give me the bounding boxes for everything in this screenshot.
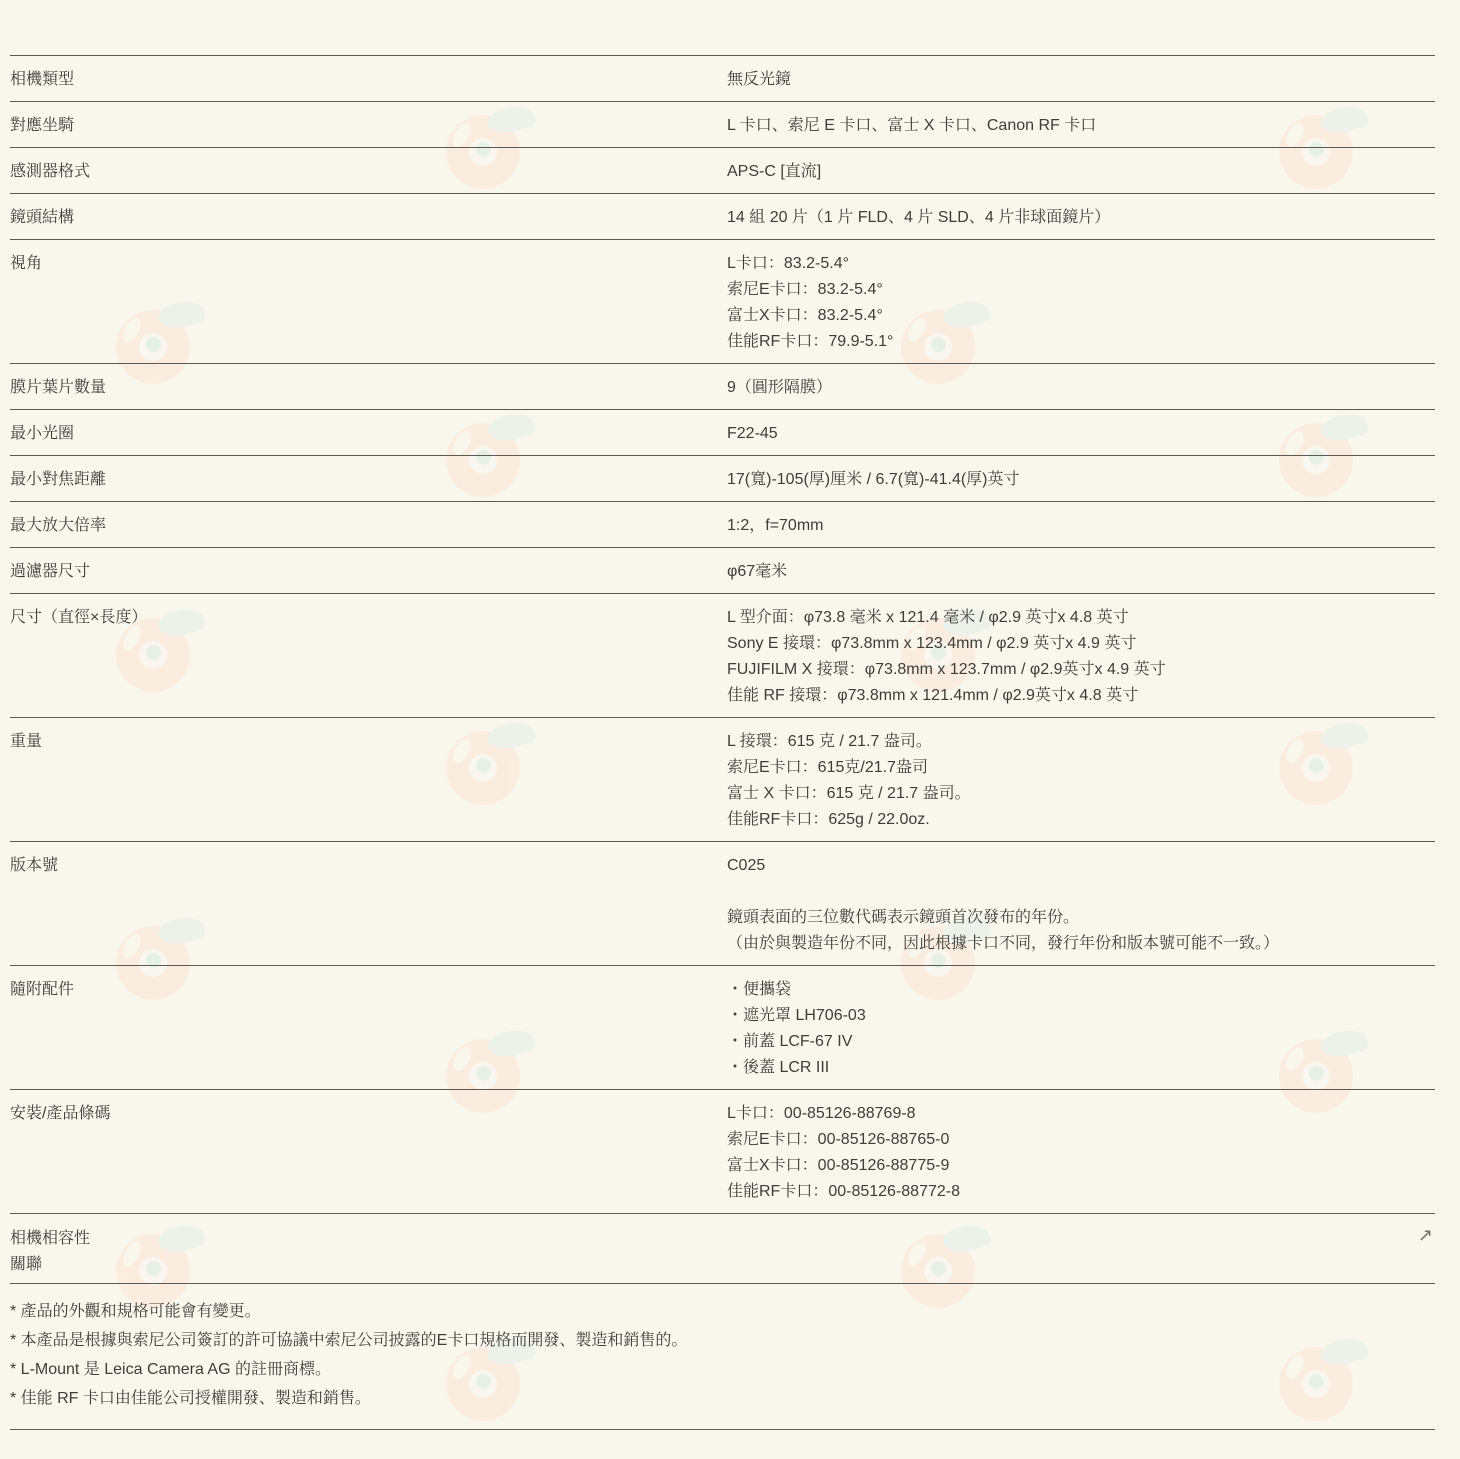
spec-value: 14 組 20 片（1 片 FLD、4 片 SLD、4 片非球面鏡片）: [727, 205, 1435, 231]
spec-row: 視角L卡口：83.2-5.4°索尼E卡口：83.2-5.4°富士X卡口：83.2…: [10, 239, 1435, 363]
spec-value-line: 17(寬)-105(厚)厘米 / 6.7(寬)-41.4(厚)英寸: [727, 467, 1435, 493]
spec-value: F22-45: [727, 421, 1435, 447]
spec-label: 安裝/產品條碼: [10, 1101, 727, 1127]
spec-row: 感測器格式APS-C [直流]: [10, 147, 1435, 193]
spec-value: φ67毫米: [727, 559, 1435, 585]
spec-value: 1:2，f=70mm: [727, 513, 1435, 539]
spec-value-line: L 接環：615 克 / 21.7 盎司。: [727, 729, 1435, 755]
spec-value: C025 鏡頭表面的三位數代碼表示鏡頭首次發布的年份。（由於與製造年份不同，因此…: [727, 853, 1435, 957]
spec-label: 隨附配件: [10, 977, 727, 1003]
spec-value-line: 索尼E卡口：615克/21.7盎司: [727, 755, 1435, 781]
spec-value-line: 索尼E卡口：00-85126-88765-0: [727, 1127, 1435, 1153]
spec-value-line: L 卡口、索尼 E 卡口、富士 X 卡口、Canon RF 卡口: [727, 113, 1435, 139]
spec-value-line: 9（圓形隔膜）: [727, 375, 1435, 401]
spec-label: 視角: [10, 251, 727, 277]
spec-value-line: 無反光鏡: [727, 67, 1435, 93]
compatibility-title: 相機相容性: [10, 1226, 1435, 1252]
spec-value-line: 1:2，f=70mm: [727, 513, 1435, 539]
spec-value-line: 佳能RF卡口：00-85126-88772-8: [727, 1179, 1435, 1205]
spec-value-line: Sony E 接環：φ73.8mm x 123.4mm / φ2.9 英寸x 4…: [727, 631, 1435, 657]
spec-value-line: 富士 X 卡口：615 克 / 21.7 盎司。: [727, 781, 1435, 807]
spec-row: 隨附配件・便攜袋・遮光罩 LH706-03・前蓋 LCF-67 IV・後蓋 LC…: [10, 965, 1435, 1089]
spec-value-line: F22-45: [727, 421, 1435, 447]
spec-value-line: ・前蓋 LCF-67 IV: [727, 1029, 1435, 1055]
spec-value-line: ・遮光罩 LH706-03: [727, 1003, 1435, 1029]
spec-value-line: L卡口：83.2-5.4°: [727, 251, 1435, 277]
spec-row: 鏡頭結構14 組 20 片（1 片 FLD、4 片 SLD、4 片非球面鏡片）: [10, 193, 1435, 239]
spec-value-line: 富士X卡口：83.2-5.4°: [727, 303, 1435, 329]
footnote-line: * 佳能 RF 卡口由佳能公司授權開發、製造和銷售。: [10, 1384, 1435, 1413]
spec-label: 對應坐騎: [10, 113, 727, 139]
spec-row: 尺寸（直徑×長度）L 型介面：φ73.8 毫米 x 121.4 毫米 / φ2.…: [10, 593, 1435, 717]
lens-spec-page: 相機類型無反光鏡對應坐騎L 卡口、索尼 E 卡口、富士 X 卡口、Canon R…: [10, 55, 1435, 1430]
spec-row: 膜片葉片數量9（圓形隔膜）: [10, 363, 1435, 409]
spec-value: L 接環：615 克 / 21.7 盎司。索尼E卡口：615克/21.7盎司富士…: [727, 729, 1435, 833]
footnote-line: * 本產品是根據與索尼公司簽訂的許可協議中索尼公司披露的E卡口規格而開發、製造和…: [10, 1326, 1435, 1355]
spec-row: 過濾器尺寸φ67毫米: [10, 547, 1435, 593]
spec-value-line: L 型介面：φ73.8 毫米 x 121.4 毫米 / φ2.9 英寸x 4.8…: [727, 605, 1435, 631]
spec-row: 對應坐騎L 卡口、索尼 E 卡口、富士 X 卡口、Canon RF 卡口: [10, 101, 1435, 147]
spec-label: 最大放大倍率: [10, 513, 727, 539]
spec-value-line: 14 組 20 片（1 片 FLD、4 片 SLD、4 片非球面鏡片）: [727, 205, 1435, 231]
spec-value-line: 富士X卡口：00-85126-88775-9: [727, 1153, 1435, 1179]
footnote-line: * 產品的外觀和規格可能會有變更。: [10, 1297, 1435, 1326]
spec-table: 相機類型無反光鏡對應坐騎L 卡口、索尼 E 卡口、富士 X 卡口、Canon R…: [10, 55, 1435, 1213]
spec-value-line: 佳能RF卡口：79.9-5.1°: [727, 329, 1435, 355]
spec-value-line: 索尼E卡口：83.2-5.4°: [727, 277, 1435, 303]
spec-value-line: APS-C [直流]: [727, 159, 1435, 185]
spec-label: 版本號: [10, 853, 727, 879]
spec-value-line: L卡口：00-85126-88769-8: [727, 1101, 1435, 1127]
spec-label: 鏡頭結構: [10, 205, 727, 231]
spec-label: 尺寸（直徑×長度）: [10, 605, 727, 631]
spec-label: 過濾器尺寸: [10, 559, 727, 585]
footnote-line: * L-Mount 是 Leica Camera AG 的註冊商標。: [10, 1355, 1435, 1384]
spec-value-line: 佳能RF卡口：625g / 22.0oz.: [727, 807, 1435, 833]
spec-value: L卡口：00-85126-88769-8索尼E卡口：00-85126-88765…: [727, 1101, 1435, 1205]
spec-row: 最小對焦距離17(寬)-105(厚)厘米 / 6.7(寬)-41.4(厚)英寸: [10, 455, 1435, 501]
spec-value-line: ・便攜袋: [727, 977, 1435, 1003]
spec-value: APS-C [直流]: [727, 159, 1435, 185]
spec-label: 膜片葉片數量: [10, 375, 727, 401]
spec-value-line: 鏡頭表面的三位數代碼表示鏡頭首次發布的年份。: [727, 905, 1435, 931]
spec-label: 最小光圈: [10, 421, 727, 447]
spec-value-line: 佳能 RF 接環：φ73.8mm x 121.4mm / φ2.9英寸x 4.8…: [727, 683, 1435, 709]
spec-row: 版本號C025 鏡頭表面的三位數代碼表示鏡頭首次發布的年份。（由於與製造年份不同…: [10, 841, 1435, 965]
spec-value: 無反光鏡: [727, 67, 1435, 93]
spec-row: 重量L 接環：615 克 / 21.7 盎司。索尼E卡口：615克/21.7盎司…: [10, 717, 1435, 841]
spec-value: L 型介面：φ73.8 毫米 x 121.4 毫米 / φ2.9 英寸x 4.8…: [727, 605, 1435, 709]
compatibility-related-label: 關聯: [10, 1252, 1435, 1278]
spec-row: 安裝/產品條碼L卡口：00-85126-88769-8索尼E卡口：00-8512…: [10, 1089, 1435, 1213]
spec-label: 重量: [10, 729, 727, 755]
spec-value: 9（圓形隔膜）: [727, 375, 1435, 401]
spec-value-line: ・後蓋 LCR III: [727, 1055, 1435, 1081]
spec-row: 最大放大倍率1:2，f=70mm: [10, 501, 1435, 547]
spec-label: 最小對焦距離: [10, 467, 727, 493]
spec-label: 相機類型: [10, 67, 727, 93]
spec-value-line: （由於與製造年份不同，因此根據卡口不同，發行年份和版本號可能不一致。）: [727, 931, 1435, 957]
spec-value: L卡口：83.2-5.4°索尼E卡口：83.2-5.4°富士X卡口：83.2-5…: [727, 251, 1435, 355]
external-link-arrow-icon[interactable]: ↗: [1418, 1225, 1433, 1245]
camera-compatibility-link[interactable]: 相機相容性 關聯 ↗: [10, 1213, 1435, 1283]
spec-row: 相機類型無反光鏡: [10, 55, 1435, 101]
spec-value-line: FUJIFILM X 接環：φ73.8mm x 123.7mm / φ2.9英寸…: [727, 657, 1435, 683]
spec-value-line: C025: [727, 853, 1435, 879]
spec-row: 最小光圈F22-45: [10, 409, 1435, 455]
spec-value-line: [727, 879, 1435, 905]
spec-value: ・便攜袋・遮光罩 LH706-03・前蓋 LCF-67 IV・後蓋 LCR II…: [727, 977, 1435, 1081]
footnotes: * 產品的外觀和規格可能會有變更。* 本產品是根據與索尼公司簽訂的許可協議中索尼…: [10, 1283, 1435, 1430]
spec-value: 17(寬)-105(厚)厘米 / 6.7(寬)-41.4(厚)英寸: [727, 467, 1435, 493]
spec-value: L 卡口、索尼 E 卡口、富士 X 卡口、Canon RF 卡口: [727, 113, 1435, 139]
spec-value-line: φ67毫米: [727, 559, 1435, 585]
spec-label: 感測器格式: [10, 159, 727, 185]
